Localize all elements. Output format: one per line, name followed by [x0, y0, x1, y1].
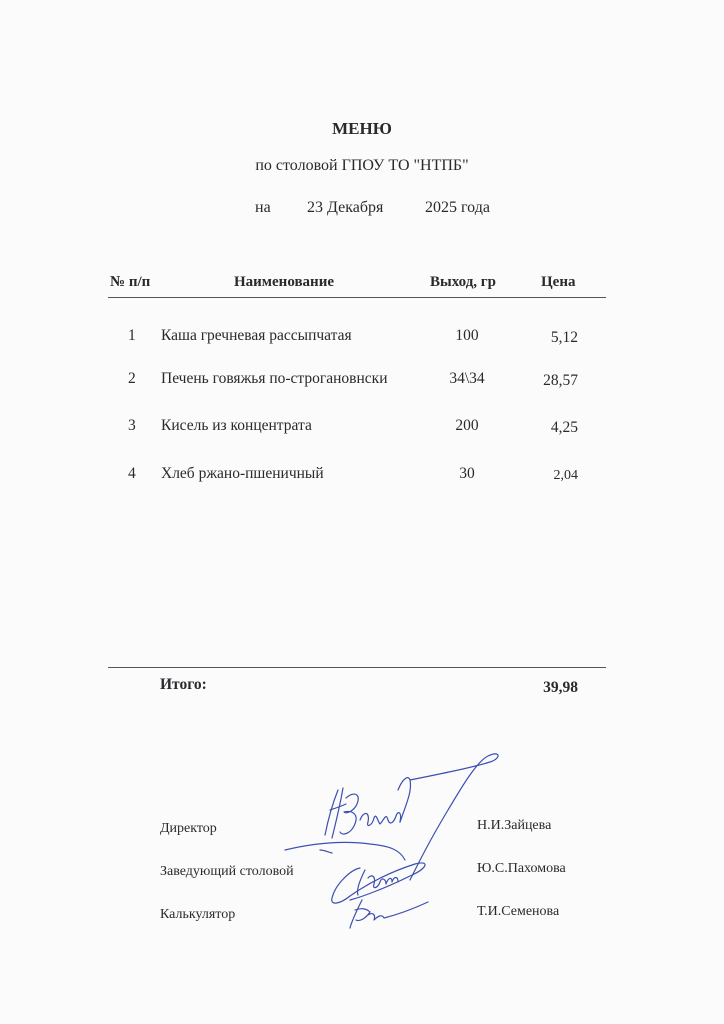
total-label: Итого:: [160, 676, 207, 694]
row-price: 28,57: [498, 372, 578, 390]
header-number: № п/п: [110, 274, 150, 291]
date-year: 2025 года: [425, 199, 490, 217]
document-subtitle: по столовой ГПОУ ТО "НТПБ": [0, 157, 724, 175]
document-title: МЕНЮ: [0, 119, 724, 139]
header-price: Цена: [541, 274, 575, 291]
date-day-month: 23 Декабря: [307, 199, 383, 217]
row-number: 1: [128, 327, 136, 345]
row-price: 4,25: [498, 419, 578, 437]
row-name: Хлеб ржано-пшеничный: [161, 465, 324, 483]
row-yield: 30: [427, 465, 507, 483]
row-price: 5,12: [498, 329, 578, 347]
total-value: 39,98: [498, 679, 578, 697]
date-prefix: на: [255, 199, 271, 217]
signature-role: Заведующий столовой: [160, 864, 294, 880]
row-price: 2,04: [498, 468, 578, 484]
row-yield: 200: [427, 417, 507, 435]
row-yield: 100: [427, 327, 507, 345]
row-number: 3: [128, 417, 136, 435]
total-divider: [108, 667, 606, 668]
header-divider: [108, 297, 606, 298]
handwritten-signatures: [280, 750, 520, 930]
header-name: Наименование: [234, 274, 334, 291]
row-name: Кисель из концентрата: [161, 417, 312, 435]
row-name: Печень говяжья по-строгановнски: [161, 370, 388, 388]
signature-role: Калькулятор: [160, 907, 235, 923]
row-number: 2: [128, 370, 136, 388]
header-yield: Выход, гр: [430, 274, 496, 291]
row-number: 4: [128, 465, 136, 483]
signature-role: Директор: [160, 821, 217, 837]
row-name: Каша гречневая рассыпчатая: [161, 327, 352, 345]
row-yield: 34\34: [427, 370, 507, 388]
